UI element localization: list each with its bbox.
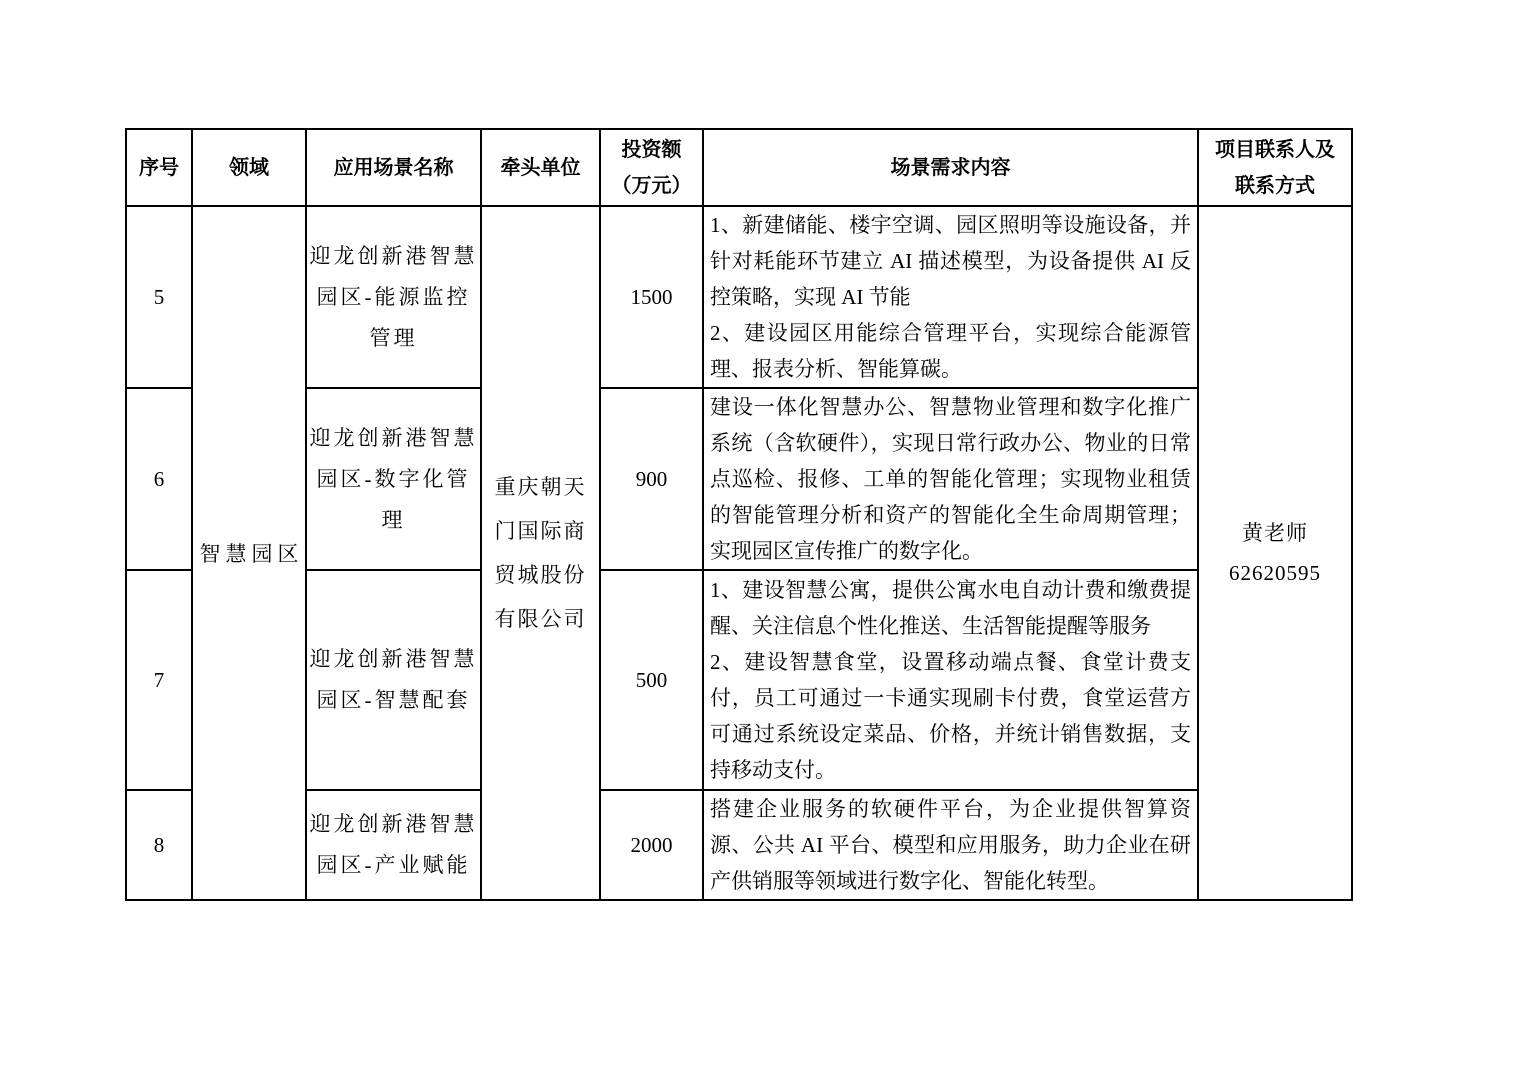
header-row: 序号 领域 应用场景名称 牵头单位 投资额 （万元） 场景需求内容 项目联系人及… xyxy=(126,129,1352,206)
requirements-cell: 1、新建储能、楼宇空调、园区照明等设施设备，并针对耗能环节建立 AI 描述模型，… xyxy=(703,206,1198,388)
header-contact: 项目联系人及 联系方式 xyxy=(1198,129,1352,206)
table-row-8: 8 迎龙创新港智慧 园区-产业赋能 2000 搭建企业服务的软硬件平台，为企业提… xyxy=(126,790,1352,900)
lead-unit-cell: 重庆朝天 门国际商 贸城股份 有限公司 xyxy=(481,206,600,900)
scenario-name-cell: 迎龙创新港智慧 园区-数字化管 理 xyxy=(306,388,481,570)
contact-cell: 黄老师 62620595 xyxy=(1198,206,1352,900)
scenario-requirements-table: 序号 领域 应用场景名称 牵头单位 投资额 （万元） 场景需求内容 项目联系人及… xyxy=(125,128,1353,901)
requirement-paragraph: 1、建设智慧公寓，提供公寓水电自动计费和缴费提醒、关注信息个性化推送、生活智能提… xyxy=(710,572,1191,644)
scenario-name-cell: 迎龙创新港智慧 园区-能源监控 管理 xyxy=(306,206,481,388)
requirement-paragraph: 建设一体化智慧办公、智慧物业管理和数字化推广系统（含软硬件），实现日常行政办公、… xyxy=(710,389,1191,569)
investment-amount: 500 xyxy=(600,570,703,790)
scenario-name-cell: 迎龙创新港智慧 园区-产业赋能 xyxy=(306,790,481,900)
contact-person: 黄老师 xyxy=(1199,513,1351,553)
requirements-cell: 建设一体化智慧办公、智慧物业管理和数字化推广系统（含软硬件），实现日常行政办公、… xyxy=(703,388,1198,570)
investment-amount: 2000 xyxy=(600,790,703,900)
header-requirements: 场景需求内容 xyxy=(703,129,1198,206)
investment-amount: 1500 xyxy=(600,206,703,388)
document-page: 序号 领域 应用场景名称 牵头单位 投资额 （万元） 场景需求内容 项目联系人及… xyxy=(0,0,1520,1074)
header-serial-number: 序号 xyxy=(126,129,192,206)
scenario-name-cell: 迎龙创新港智慧 园区-智慧配套 xyxy=(306,570,481,790)
requirement-paragraph: 1、新建储能、楼宇空调、园区照明等设施设备，并针对耗能环节建立 AI 描述模型，… xyxy=(710,207,1191,315)
serial-number: 6 xyxy=(126,388,192,570)
table-row-5: 5 智慧园区 迎龙创新港智慧 园区-能源监控 管理 重庆朝天 门国际商 贸城股份… xyxy=(126,206,1352,388)
table-row-6: 6 迎龙创新港智慧 园区-数字化管 理 900 建设一体化智慧办公、智慧物业管理… xyxy=(126,388,1352,570)
header-domain: 领域 xyxy=(192,129,306,206)
contact-phone: 62620595 xyxy=(1199,553,1351,593)
serial-number: 8 xyxy=(126,790,192,900)
serial-number: 7 xyxy=(126,570,192,790)
requirement-paragraph: 2、建设园区用能综合管理平台，实现综合能源管理、报表分析、智能算碳。 xyxy=(710,315,1191,387)
header-lead-unit: 牵头单位 xyxy=(481,129,600,206)
requirement-paragraph: 搭建企业服务的软硬件平台，为企业提供智算资源、公共 AI 平台、模型和应用服务，… xyxy=(710,791,1191,899)
investment-amount: 900 xyxy=(600,388,703,570)
header-investment-amount: 投资额 （万元） xyxy=(600,129,703,206)
requirement-paragraph: 2、建设智慧食堂，设置移动端点餐、食堂计费支付，员工可通过一卡通实现刷卡付费，食… xyxy=(710,644,1191,788)
requirements-cell: 1、建设智慧公寓，提供公寓水电自动计费和缴费提醒、关注信息个性化推送、生活智能提… xyxy=(703,570,1198,790)
serial-number: 5 xyxy=(126,206,192,388)
domain-cell: 智慧园区 xyxy=(192,206,306,900)
header-scenario-name: 应用场景名称 xyxy=(306,129,481,206)
table-row-7: 7 迎龙创新港智慧 园区-智慧配套 500 1、建设智慧公寓，提供公寓水电自动计… xyxy=(126,570,1352,790)
requirements-cell: 搭建企业服务的软硬件平台，为企业提供智算资源、公共 AI 平台、模型和应用服务，… xyxy=(703,790,1198,900)
